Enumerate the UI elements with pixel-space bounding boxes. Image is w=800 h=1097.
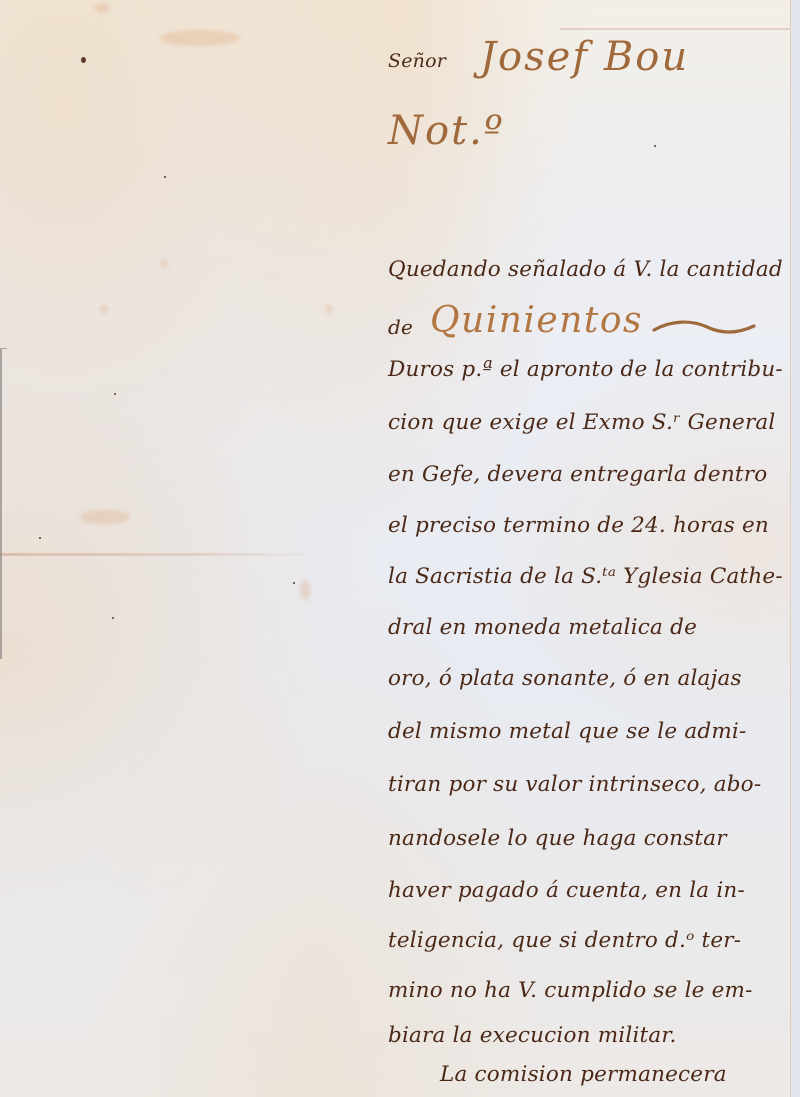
body-line: La comision permanecera: [440, 1062, 727, 1087]
body-line: la Sacristia de la S.ᵗᵃ Yglesia Cathe-: [388, 564, 783, 589]
body-line: biara la execucion militar.: [388, 1023, 677, 1048]
body-line: del mismo metal que se le admi-: [388, 719, 746, 744]
address-recipient-title: Not.º: [388, 108, 505, 154]
amount-flourish-stroke: [652, 318, 756, 336]
address-salutation: Señor: [388, 50, 446, 72]
body-line: cion que exige el Exmo S.ʳ General: [388, 410, 776, 435]
body-line: oro, ó plata sonante, ó en alajas: [388, 666, 742, 691]
body-line: de: [388, 315, 413, 339]
body-line: nandosele lo que haga constar: [388, 826, 727, 851]
body-line: teligencia, que si dentro d.ᵒ ter-: [388, 928, 741, 953]
address-recipient-name: Josef Bou: [480, 34, 689, 80]
body-line: haver pagado á cuenta, en la in-: [388, 878, 745, 903]
body-line: Duros p.ª el apronto de la contribu-: [388, 357, 783, 382]
body-line: mino no ha V. cumplido se le em-: [388, 978, 753, 1003]
body-line: tiran por su valor intrinseco, abo-: [388, 772, 761, 797]
body-line: en Gefe, devera entregarla dentro: [388, 462, 767, 487]
letter-text: Señor Josef Bou Not.º Quedando señalado …: [0, 0, 800, 1097]
amount-word: Quinientos: [430, 300, 643, 341]
body-line: dral en moneda metalica de: [388, 615, 697, 640]
body-line: Quedando señalado á V. la cantidad: [388, 257, 783, 282]
body-line: el preciso termino de 24. horas en: [388, 513, 769, 538]
